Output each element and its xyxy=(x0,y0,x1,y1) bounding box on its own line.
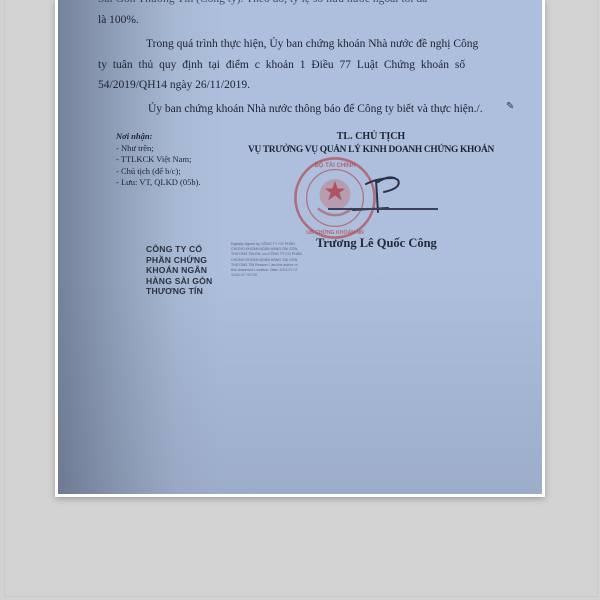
body-line-4: 54/2019/QH14 ngày 26/11/2019. xyxy=(98,80,250,92)
handwritten-signature-icon xyxy=(348,172,448,222)
recipient-item: - Chủ tịch (để b/c); xyxy=(116,166,201,178)
recipients-heading: Nơi nhận: xyxy=(116,131,201,143)
signer-position: VỤ TRƯỞNG VỤ QUẢN LÝ KINH DOANH CHỨNG KH… xyxy=(236,145,506,155)
body-line-0: Sài Gòn Thương Tín (Công ty). Theo đó, t… xyxy=(98,0,427,6)
digital-signature-details: Digitally signed by CÔNG TY CỔ PHẦN CHỨN… xyxy=(231,242,303,278)
recipient-item: - Lưu: VT, QLKD (05b). xyxy=(116,177,201,189)
initial-mark-icon: ✎ xyxy=(506,101,514,112)
recipients-block: Nơi nhận: - Như trên; - TTLKCK Việt Nam;… xyxy=(116,131,201,189)
body-line-1: là 100%. xyxy=(98,15,139,27)
body-line-3: ty tuân thủ quy định tại điểm c khoản 1 … xyxy=(98,60,465,72)
signer-name: Trương Lê Quốc Công xyxy=(316,236,437,251)
signature-line xyxy=(328,208,438,210)
digital-signature-company: CÔNG TY CỔ PHẦN CHỨNG KHOÁN NGÂN HÀNG SÀ… xyxy=(146,244,226,297)
body-line-5: Ủy ban chứng khoán Nhà nước thông báo để… xyxy=(148,104,483,116)
svg-text:BỘ TÀI CHÍNH: BỘ TÀI CHÍNH xyxy=(314,161,355,169)
document-photo: Sài Gòn Thương Tín (Công ty). Theo đó, t… xyxy=(58,0,542,494)
recipient-item: - Như trên; xyxy=(116,143,201,155)
body-line-2: Trong quá trình thực hiện, Ủy ban chứng … xyxy=(146,39,478,51)
photo-frame: Sài Gòn Thương Tín (Công ty). Theo đó, t… xyxy=(55,0,545,497)
signer-authority: TL. CHỦ TỊCH xyxy=(236,131,506,142)
recipient-item: - TTLKCK Việt Nam; xyxy=(116,154,201,166)
signature-title-block: TL. CHỦ TỊCH VỤ TRƯỞNG VỤ QUẢN LÝ KINH D… xyxy=(236,131,506,155)
